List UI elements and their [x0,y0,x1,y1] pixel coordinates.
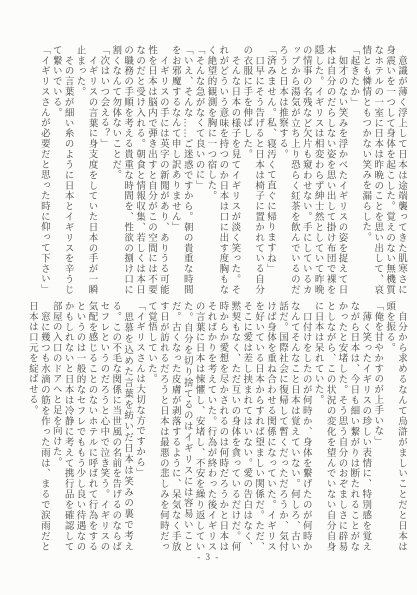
paragraph: 口付けをしたのが何時か、身体を繋げたのが何時かなんてそんなこと日本は覚えていない… [144,301,311,552]
paragraph: 薄く笑ったイギリスの珍しい表情に、特別感を覚えながら日本は、今日も細い繋がりは断… [311,301,371,552]
paragraph: その言葉が細い糸のように日本とイギリスを辛うじて繋いでいる。 [49,45,73,295]
paragraph: そんな日本の様子を見てイギリスが淡く笑った。それがどういう意味を持つのか日本は口… [204,45,240,295]
paragraph: 「イギリスさんが必要だと思った時に仰って下さい」 [37,45,49,295]
paragraph: 「俺を甘やかすのが上手いな」 [370,301,382,552]
paragraph: 「起きたか」 [346,45,358,295]
paragraph: 「次はいつ会える？」 [96,45,108,295]
paragraph: 自分から求めるなんて烏滸がましいことだと日本は頭を振る。 [382,301,406,552]
novel-page: 意識が薄く浮上して日本は途端襲ってきた肌寒さに身震いを一つして身体を起こした。覚… [0,0,417,595]
text-block-top: 意識が薄く浮上して日本は途端襲ってきた肌寒さに身震いを一つして身体を起こした。覚… [37,45,406,295]
paragraph: 「済みません。私、寝汚くて直ぐに帰りますね」 [263,45,275,295]
paragraph: イギリスの言葉に身支度をしていた日本の手が一瞬止まった。 [73,45,97,295]
paragraph: 思慕を込めた言葉を紡いだ日本は笑みの裏で考える。この不毛な関係に当世風の名前を告… [49,301,132,552]
paragraph: 「そんな急がなくて良いのに」 [192,45,204,295]
text-block-bottom: 自分から求めるなんて烏滸がましいことだと日本は頭を振る。「俺を甘やかすのが上手い… [25,301,406,552]
paragraph: 窓に幾つも水滴の筋を作った雨は、まるで涙雨だと日本は口元を綻ばせる。 [25,301,49,552]
paragraph: 「いえ、そんな……ご迷惑ですから。朝の貴重な時間をお邪魔するなんて申し訳ありませ… [168,45,192,295]
paragraph: 意識が薄く浮上して日本は途端襲ってきた肌寒さに身震いを一つして身体を起こした。覚… [358,45,406,295]
paragraph: イギリスの手には英字の新聞があり、ありうる可能性を日本は脳内で弾き出すと自分がこ… [108,45,168,295]
paragraph: 「イギリスさんは大切な方ですから」 [132,301,144,552]
paragraph: 如才のない笑みを浮かべたイギリスの姿を捉えて日本は自分のだらしない姿を思い出して… [275,45,346,295]
paragraph: 口早にそう告げると日本は椅子に置かれている自分の衣服に手を伸ばした。 [239,45,263,295]
page-number: - 3 - [0,552,417,562]
